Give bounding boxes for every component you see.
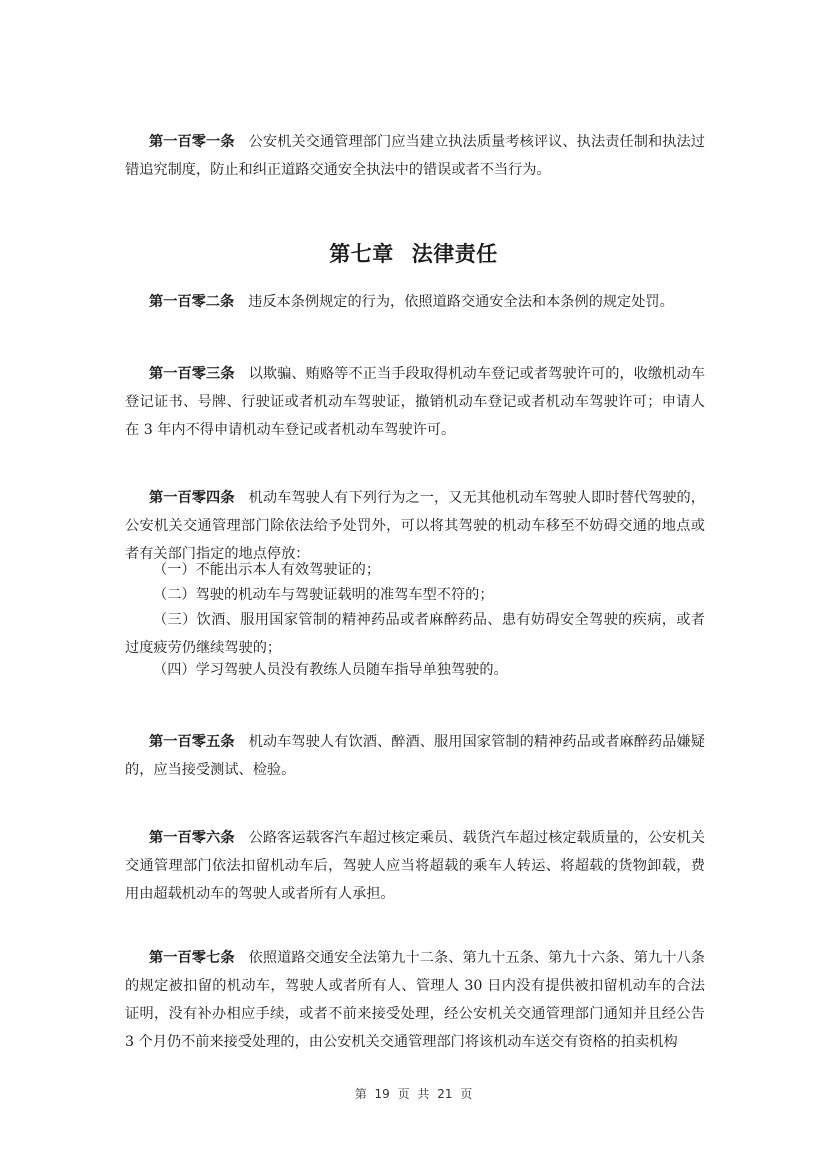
article-104-item-1: （一）不能出示本人有效驾驶证的； (125, 556, 705, 584)
article-text: 违反本条例规定的行为，依照道路交通安全法和本条例的规定处罚。 (248, 294, 674, 310)
chapter-number: 第七章 (329, 242, 394, 266)
article-104-item-3: （三）饮酒、服用国家管制的精神药品或者麻醉药品、患有妨碍安全驾驶的疾病，或者过度… (125, 606, 705, 662)
article-label: 第一百零一条 (149, 134, 235, 150)
chapter-name: 法律责任 (412, 242, 498, 266)
article-label: 第一百零二条 (149, 294, 234, 310)
article-104-item-4: （四）学习驾驶人员没有教练人员随车指导单独驾驶的。 (125, 656, 705, 684)
article-106: 第一百零六条公路客运载客汽车超过核定乘员、载货汽车超过核定载质量的，公安机关交通… (125, 824, 705, 908)
article-label: 第一百零三条 (149, 366, 235, 382)
article-105: 第一百零五条机动车驾驶人有饮酒、醉酒、服用国家管制的精神药品或者麻醉药品嫌疑的，… (125, 728, 705, 784)
document-page: 第一百零一条公安机关交通管理部门应当建立执法质量考核评议、执法责任制和执法过错追… (0, 0, 827, 1170)
chapter-title: 第七章法律责任 (0, 238, 827, 268)
article-label: 第一百零四条 (149, 490, 235, 506)
article-label: 第一百零七条 (149, 950, 235, 966)
page-number-footer: 第 19 页 共 21 页 (0, 1085, 827, 1102)
article-103: 第一百零三条以欺骗、贿赂等不正当手段取得机动车登记或者驾驶许可的，收缴机动车登记… (125, 360, 705, 444)
article-label: 第一百零六条 (149, 830, 235, 846)
article-104-item-2: （二）驾驶的机动车与驾驶证载明的准驾车型不符的； (125, 581, 705, 609)
article-107: 第一百零七条依照道路交通安全法第九十二条、第九十五条、第九十六条、第九十八条的规… (125, 944, 705, 1056)
article-101: 第一百零一条公安机关交通管理部门应当建立执法质量考核评议、执法责任制和执法过错追… (125, 128, 705, 184)
article-102: 第一百零二条违反本条例规定的行为，依照道路交通安全法和本条例的规定处罚。 (125, 288, 705, 316)
article-label: 第一百零五条 (149, 734, 235, 750)
